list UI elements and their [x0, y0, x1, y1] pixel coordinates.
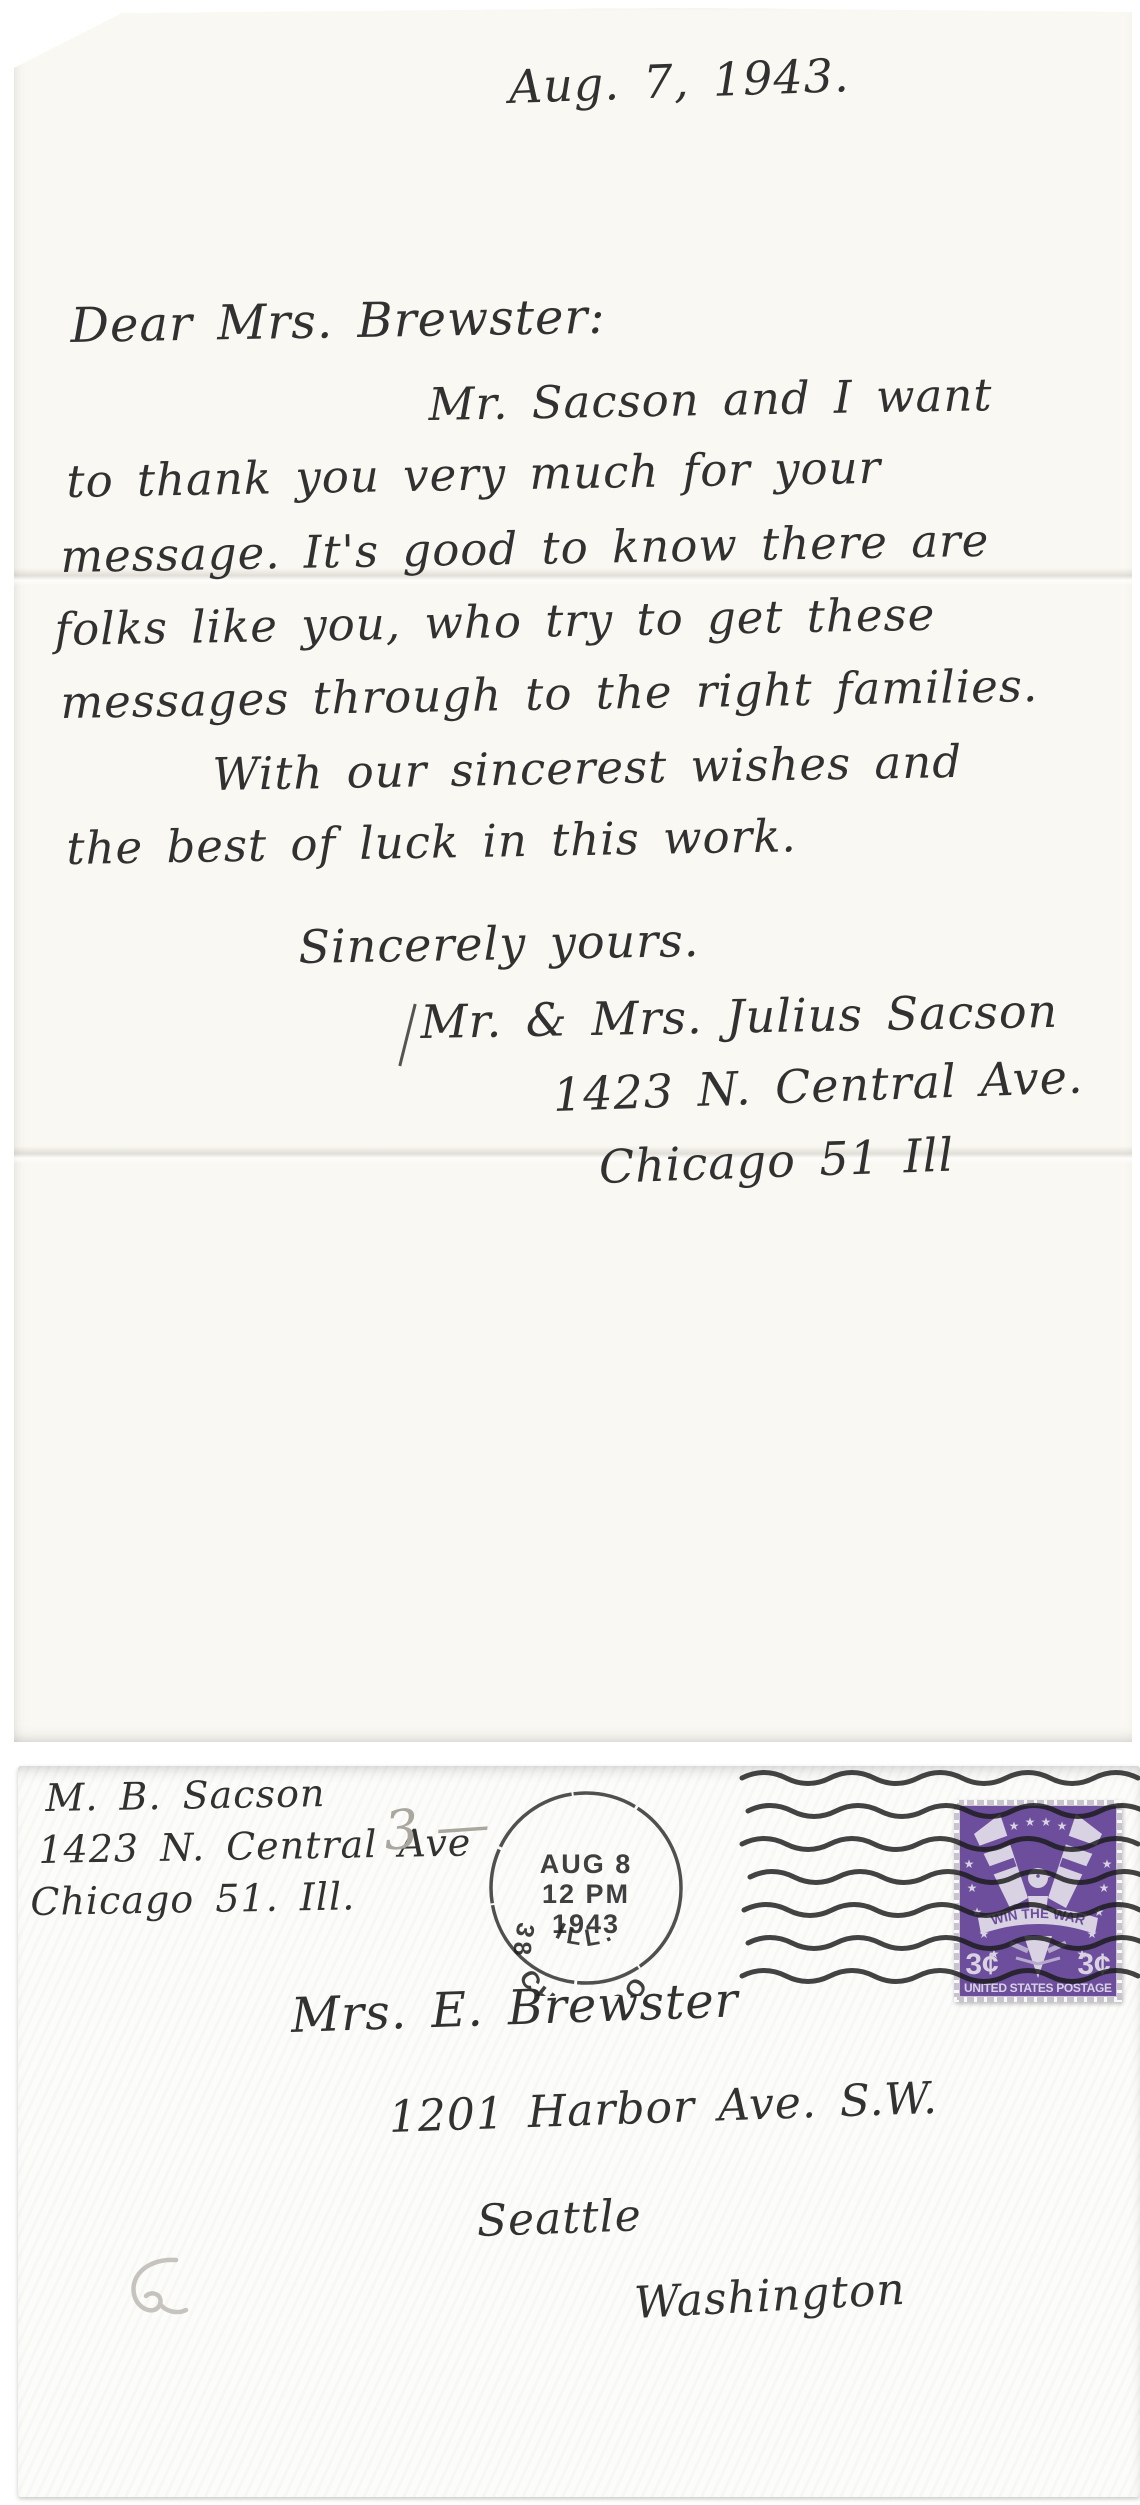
letter-signature: Mr. & Mrs. Julius Sacson	[420, 984, 1059, 1049]
recipient-name: Mrs. E. Brewster	[290, 1972, 739, 2044]
return-address-name: M. B. Sacson	[45, 1771, 326, 1820]
return-address-city: Chicago 51. Ill.	[30, 1874, 356, 1924]
letter-body-line: the best of luck in this work.	[66, 809, 797, 875]
letter-body-line: Mr. Sacson and I want	[428, 368, 993, 431]
letter-signature-address: 1423 N. Central Ave.	[552, 1049, 1084, 1121]
postmark-icon: 38 CHICAGO AUG 8 12 PM 1943 ILL.	[486, 1776, 686, 1996]
letter-signature-city: Chicago 51 Ill	[598, 1128, 955, 1194]
pen-flourish	[398, 1004, 416, 1067]
letter-sheet: Aug. 7, 1943. Dear Mrs. Brewster: Mr. Sa…	[14, 8, 1132, 1742]
cancellation-lines-icon	[706, 1766, 1140, 1996]
letter-body-line: With our sincerest wishes and	[212, 735, 962, 801]
postmark-time: 12 PM	[542, 1879, 630, 1909]
letter-body-line: folks like you, who try to get these	[54, 588, 936, 656]
recipient-state: Washington	[633, 2264, 907, 2329]
letter-date: Aug. 7, 1943.	[508, 48, 850, 114]
fold-crease-bottom	[14, 1146, 1132, 1164]
envelope: M. B. Sacson 1423 N. Central Ave Chicago…	[18, 1766, 1140, 2497]
letter-salutation: Dear Mrs. Brewster:	[70, 289, 606, 354]
recipient-street: 1201 Harbor Ave. S.W.	[388, 2073, 939, 2143]
letter-closing: Sincerely yours.	[298, 913, 700, 974]
pencil-rate-mark: 3 —	[382, 1792, 492, 1862]
letter-body-line: to thank you very much for your	[66, 441, 882, 508]
postmark-date: AUG 8	[540, 1849, 633, 1879]
recipient-city: Seattle	[476, 2190, 643, 2247]
letter-body-line: messages through to the right families.	[60, 659, 1039, 729]
pencil-squiggle-icon	[114, 2254, 224, 2344]
